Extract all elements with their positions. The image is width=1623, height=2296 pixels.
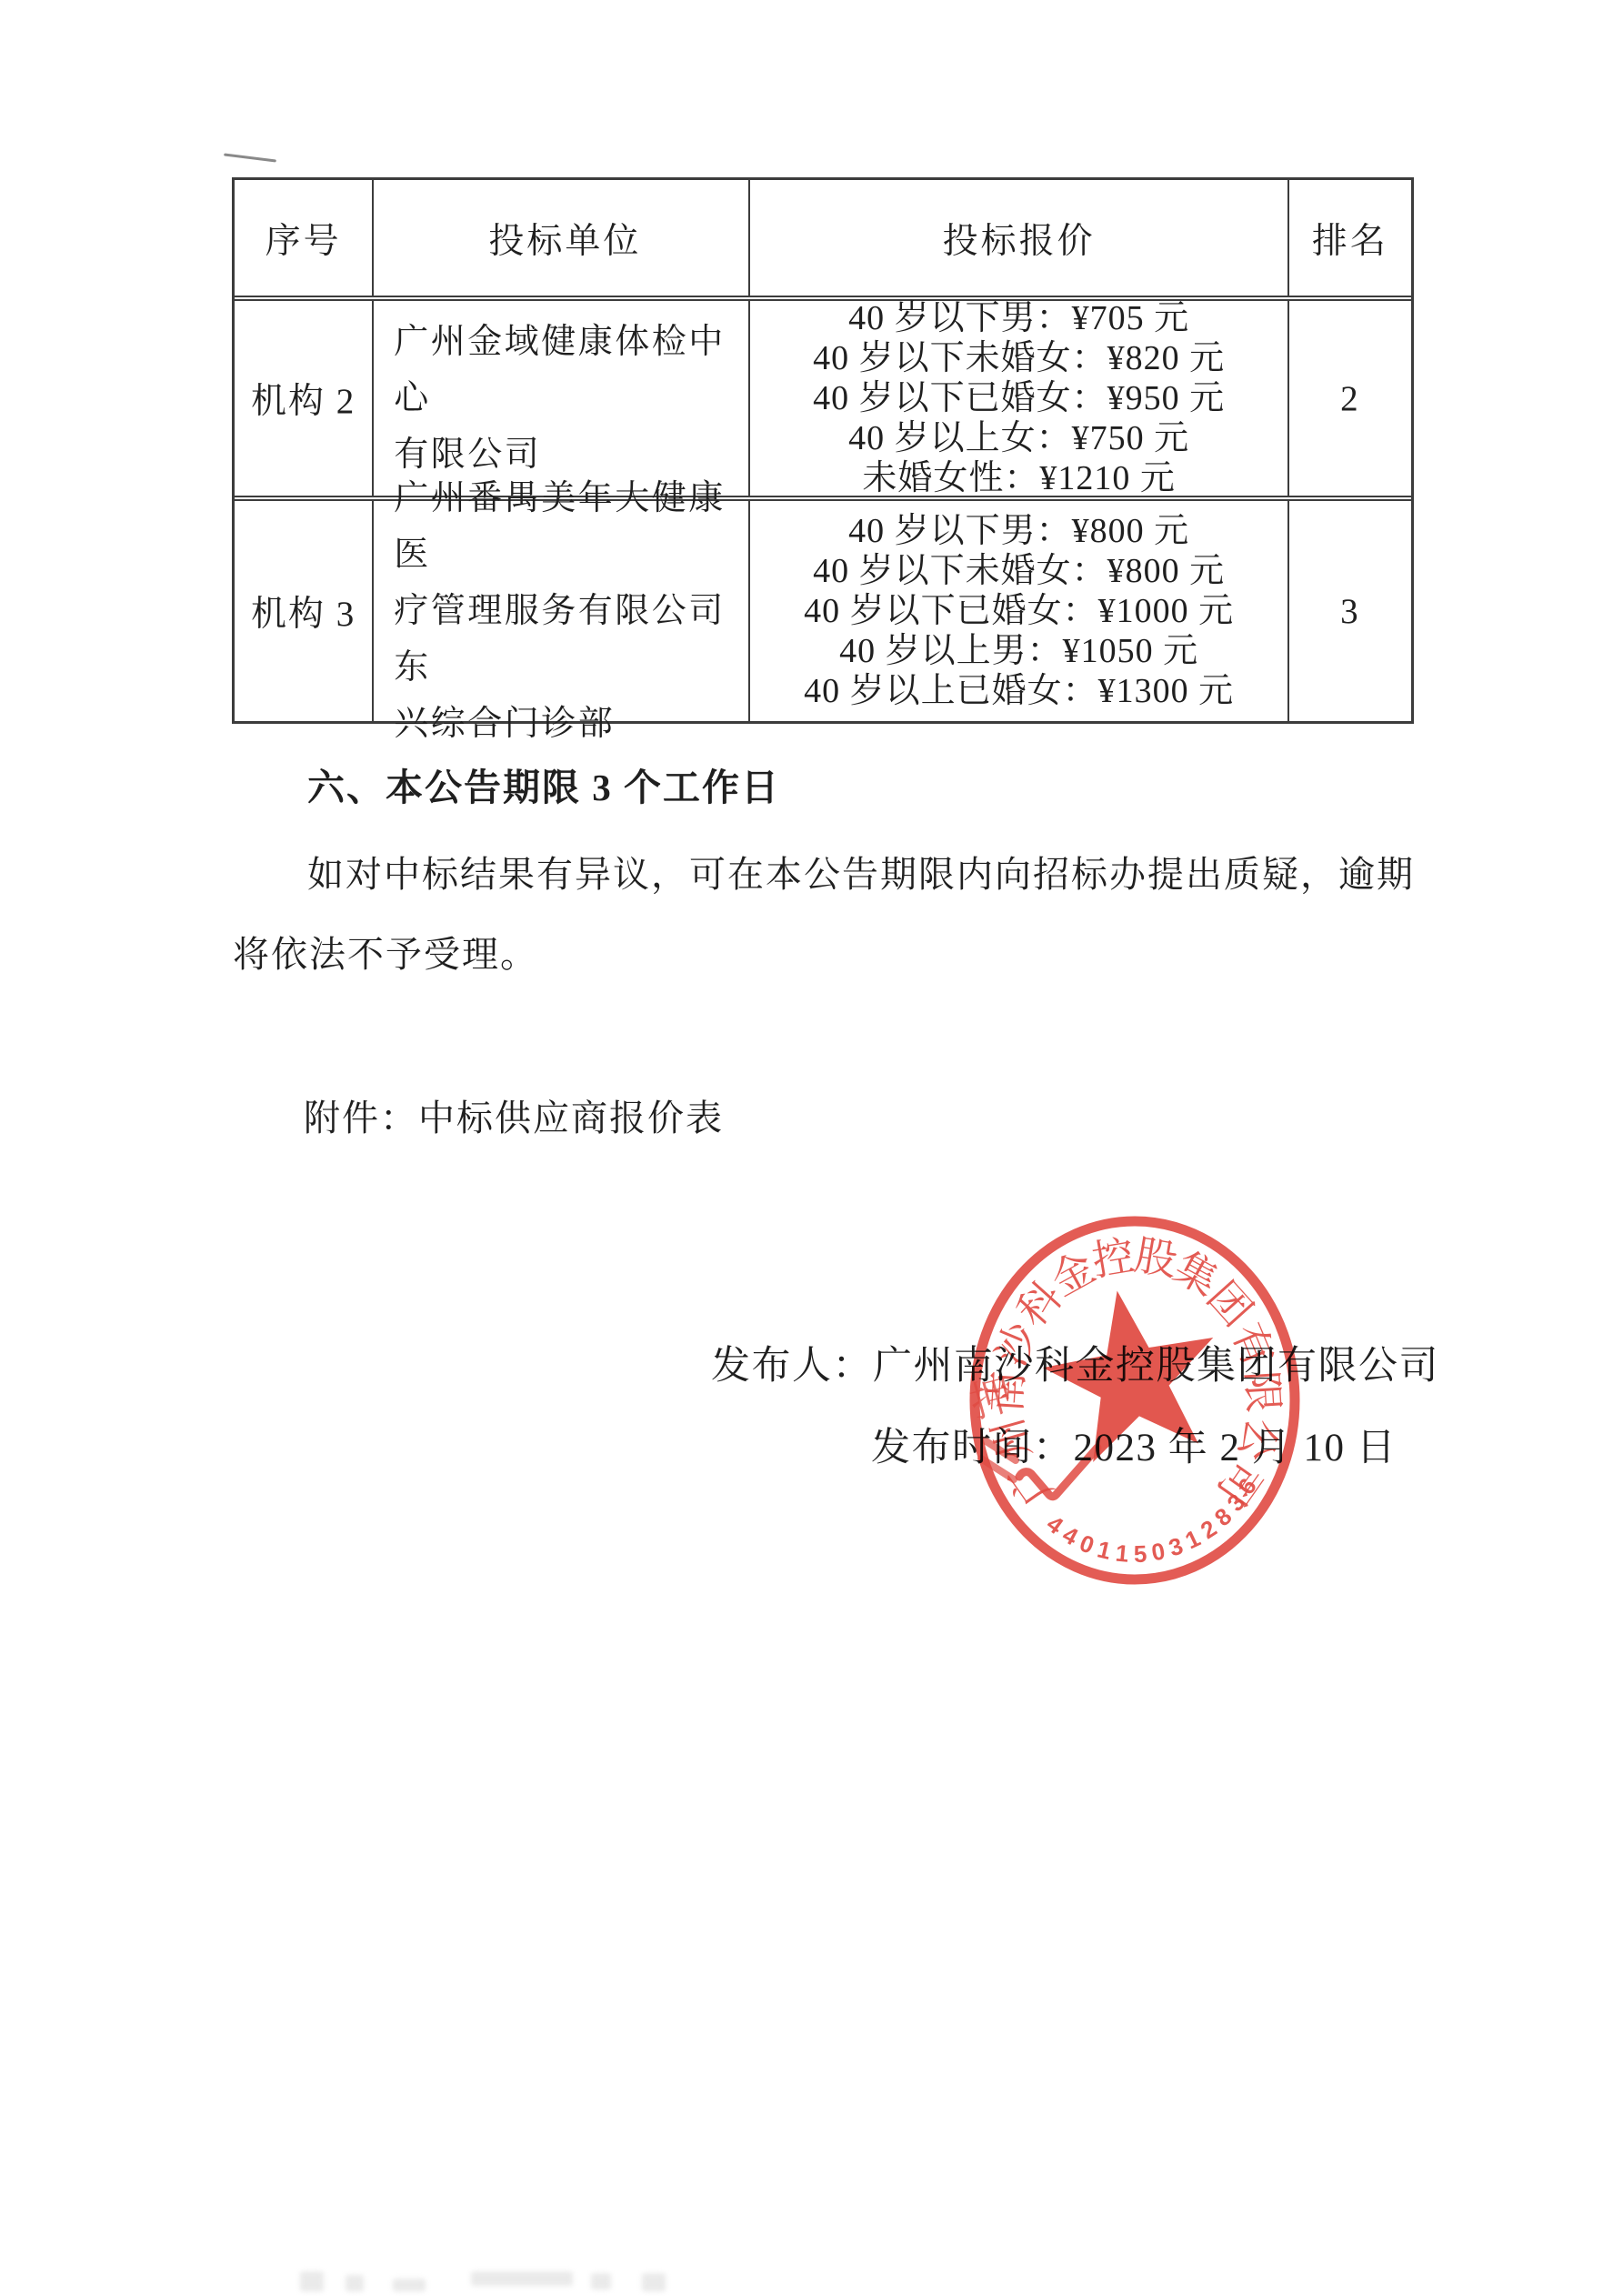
paragraph-line: 将依法不予受理。 xyxy=(233,926,538,978)
scanned-bid-announcement-page: 序号 投标单位 投标报价 排名 机构 2 广州金域健康体检中心 有限公司 40 … xyxy=(0,0,1623,2296)
seq-cell: 机构 2 xyxy=(235,301,374,496)
price-line: 40 岁以下男：¥705 元 xyxy=(848,298,1189,338)
scan-artifact-line xyxy=(224,153,276,162)
svg-text:1: 1 xyxy=(1095,1535,1114,1564)
price-line: 未婚女性：¥1210 元 xyxy=(862,458,1176,498)
bidder-cell: 广州金域健康体检中心 有限公司 xyxy=(374,301,750,496)
price-cell: 40 岁以下男：¥705 元 40 岁以下未婚女：¥820 元 40 岁以下已婚… xyxy=(750,301,1288,496)
attachment-line: 附件：中标供应商报价表 xyxy=(304,1089,724,1141)
scan-smudge xyxy=(591,2273,611,2290)
svg-text:1: 1 xyxy=(1115,1539,1130,1568)
price-line: 40 岁以下已婚女：¥950 元 xyxy=(813,378,1225,418)
header-cell-price: 投标报价 xyxy=(750,180,1288,296)
svg-text:0: 0 xyxy=(1076,1529,1097,1559)
price-line: 40 岁以下男：¥800 元 xyxy=(848,511,1189,551)
price-line: 40 岁以下未婚女：¥820 元 xyxy=(813,338,1225,378)
bidder-line: 疗管理服务有限公司东 xyxy=(394,583,736,696)
svg-text:限: 限 xyxy=(1237,1369,1287,1414)
paragraph-line: 如对中标结果有异议，可在本公告期限内向招标办提出质疑，逾期 xyxy=(307,846,1415,897)
seq-cell: 机构 3 xyxy=(235,501,374,721)
bidder-line: 广州金域健康体检中心 xyxy=(394,314,736,426)
header-cell-bidder: 投标单位 xyxy=(374,180,750,296)
bidder-line: 兴综合门诊部 xyxy=(394,696,615,752)
price-line: 40 岁以上女：¥750 元 xyxy=(848,418,1189,458)
price-line: 40 岁以上已婚女：¥1300 元 xyxy=(804,671,1234,711)
header-cell-rank: 排名 xyxy=(1289,180,1411,296)
price-line: 40 岁以下未婚女：¥800 元 xyxy=(813,551,1225,591)
rank-cell: 3 xyxy=(1289,501,1411,721)
price-line: 40 岁以下已婚女：¥1000 元 xyxy=(804,591,1234,631)
header-cell-seq: 序号 xyxy=(235,180,374,296)
scan-smudge xyxy=(346,2275,364,2291)
bidder-line: 广州番禺美年大健康医 xyxy=(394,470,736,583)
price-line: 40 岁以上男：¥1050 元 xyxy=(839,631,1198,671)
svg-text:0: 0 xyxy=(1149,1537,1167,1566)
table-header-row: 序号 投标单位 投标报价 排名 xyxy=(235,180,1411,301)
scan-smudge xyxy=(393,2279,426,2291)
section-heading: 六、本公告期限 3 个工作日 xyxy=(307,757,780,811)
price-cell: 40 岁以下男：¥800 元 40 岁以下未婚女：¥800 元 40 岁以下已婚… xyxy=(750,501,1288,721)
bid-results-table: 序号 投标单位 投标报价 排名 机构 2 广州金域健康体检中心 有限公司 40 … xyxy=(232,177,1414,724)
svg-text:控: 控 xyxy=(1088,1231,1137,1285)
scan-smudge xyxy=(471,2271,573,2286)
scan-smudge xyxy=(300,2271,324,2291)
scan-smudge xyxy=(642,2273,666,2291)
company-seal-stamp: 广州南沙科金控股集团有限公司4401150312836押 xyxy=(930,1193,1339,1608)
table-row: 机构 3 广州番禺美年大健康医 疗管理服务有限公司东 兴综合门诊部 40 岁以下… xyxy=(235,501,1411,721)
rank-cell: 2 xyxy=(1289,301,1411,496)
bidder-cell: 广州番禺美年大健康医 疗管理服务有限公司东 兴综合门诊部 xyxy=(374,501,750,721)
svg-text:5: 5 xyxy=(1133,1540,1147,1569)
